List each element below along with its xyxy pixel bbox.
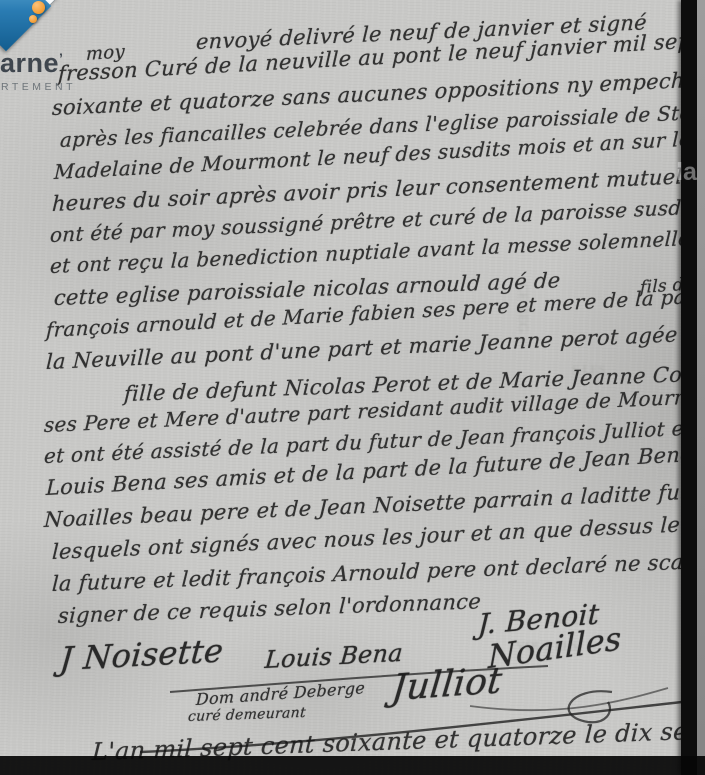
document-scan-page: VOUS LES ENT LOR CE REG S LES moy envoyé… (0, 0, 705, 775)
logo-subtitle: RTEMENT (1, 81, 76, 93)
logo-orange-dot-large (32, 1, 45, 14)
logo-wordmark: arne’ (0, 48, 63, 79)
marne-watermark-fragment: la (676, 158, 697, 187)
logo-apostrophe-mark: ’ (59, 50, 63, 66)
logo-wordmark-text: arne (0, 48, 59, 78)
signature-flourishes (0, 0, 705, 775)
facing-page-edge (697, 0, 705, 775)
scan-bottom-dark-band (0, 756, 705, 775)
logo-orange-dot-small (29, 15, 37, 23)
book-gutter-shadow (681, 0, 697, 775)
archives-marne-logo: arne’ RTEMENT (0, 0, 130, 100)
